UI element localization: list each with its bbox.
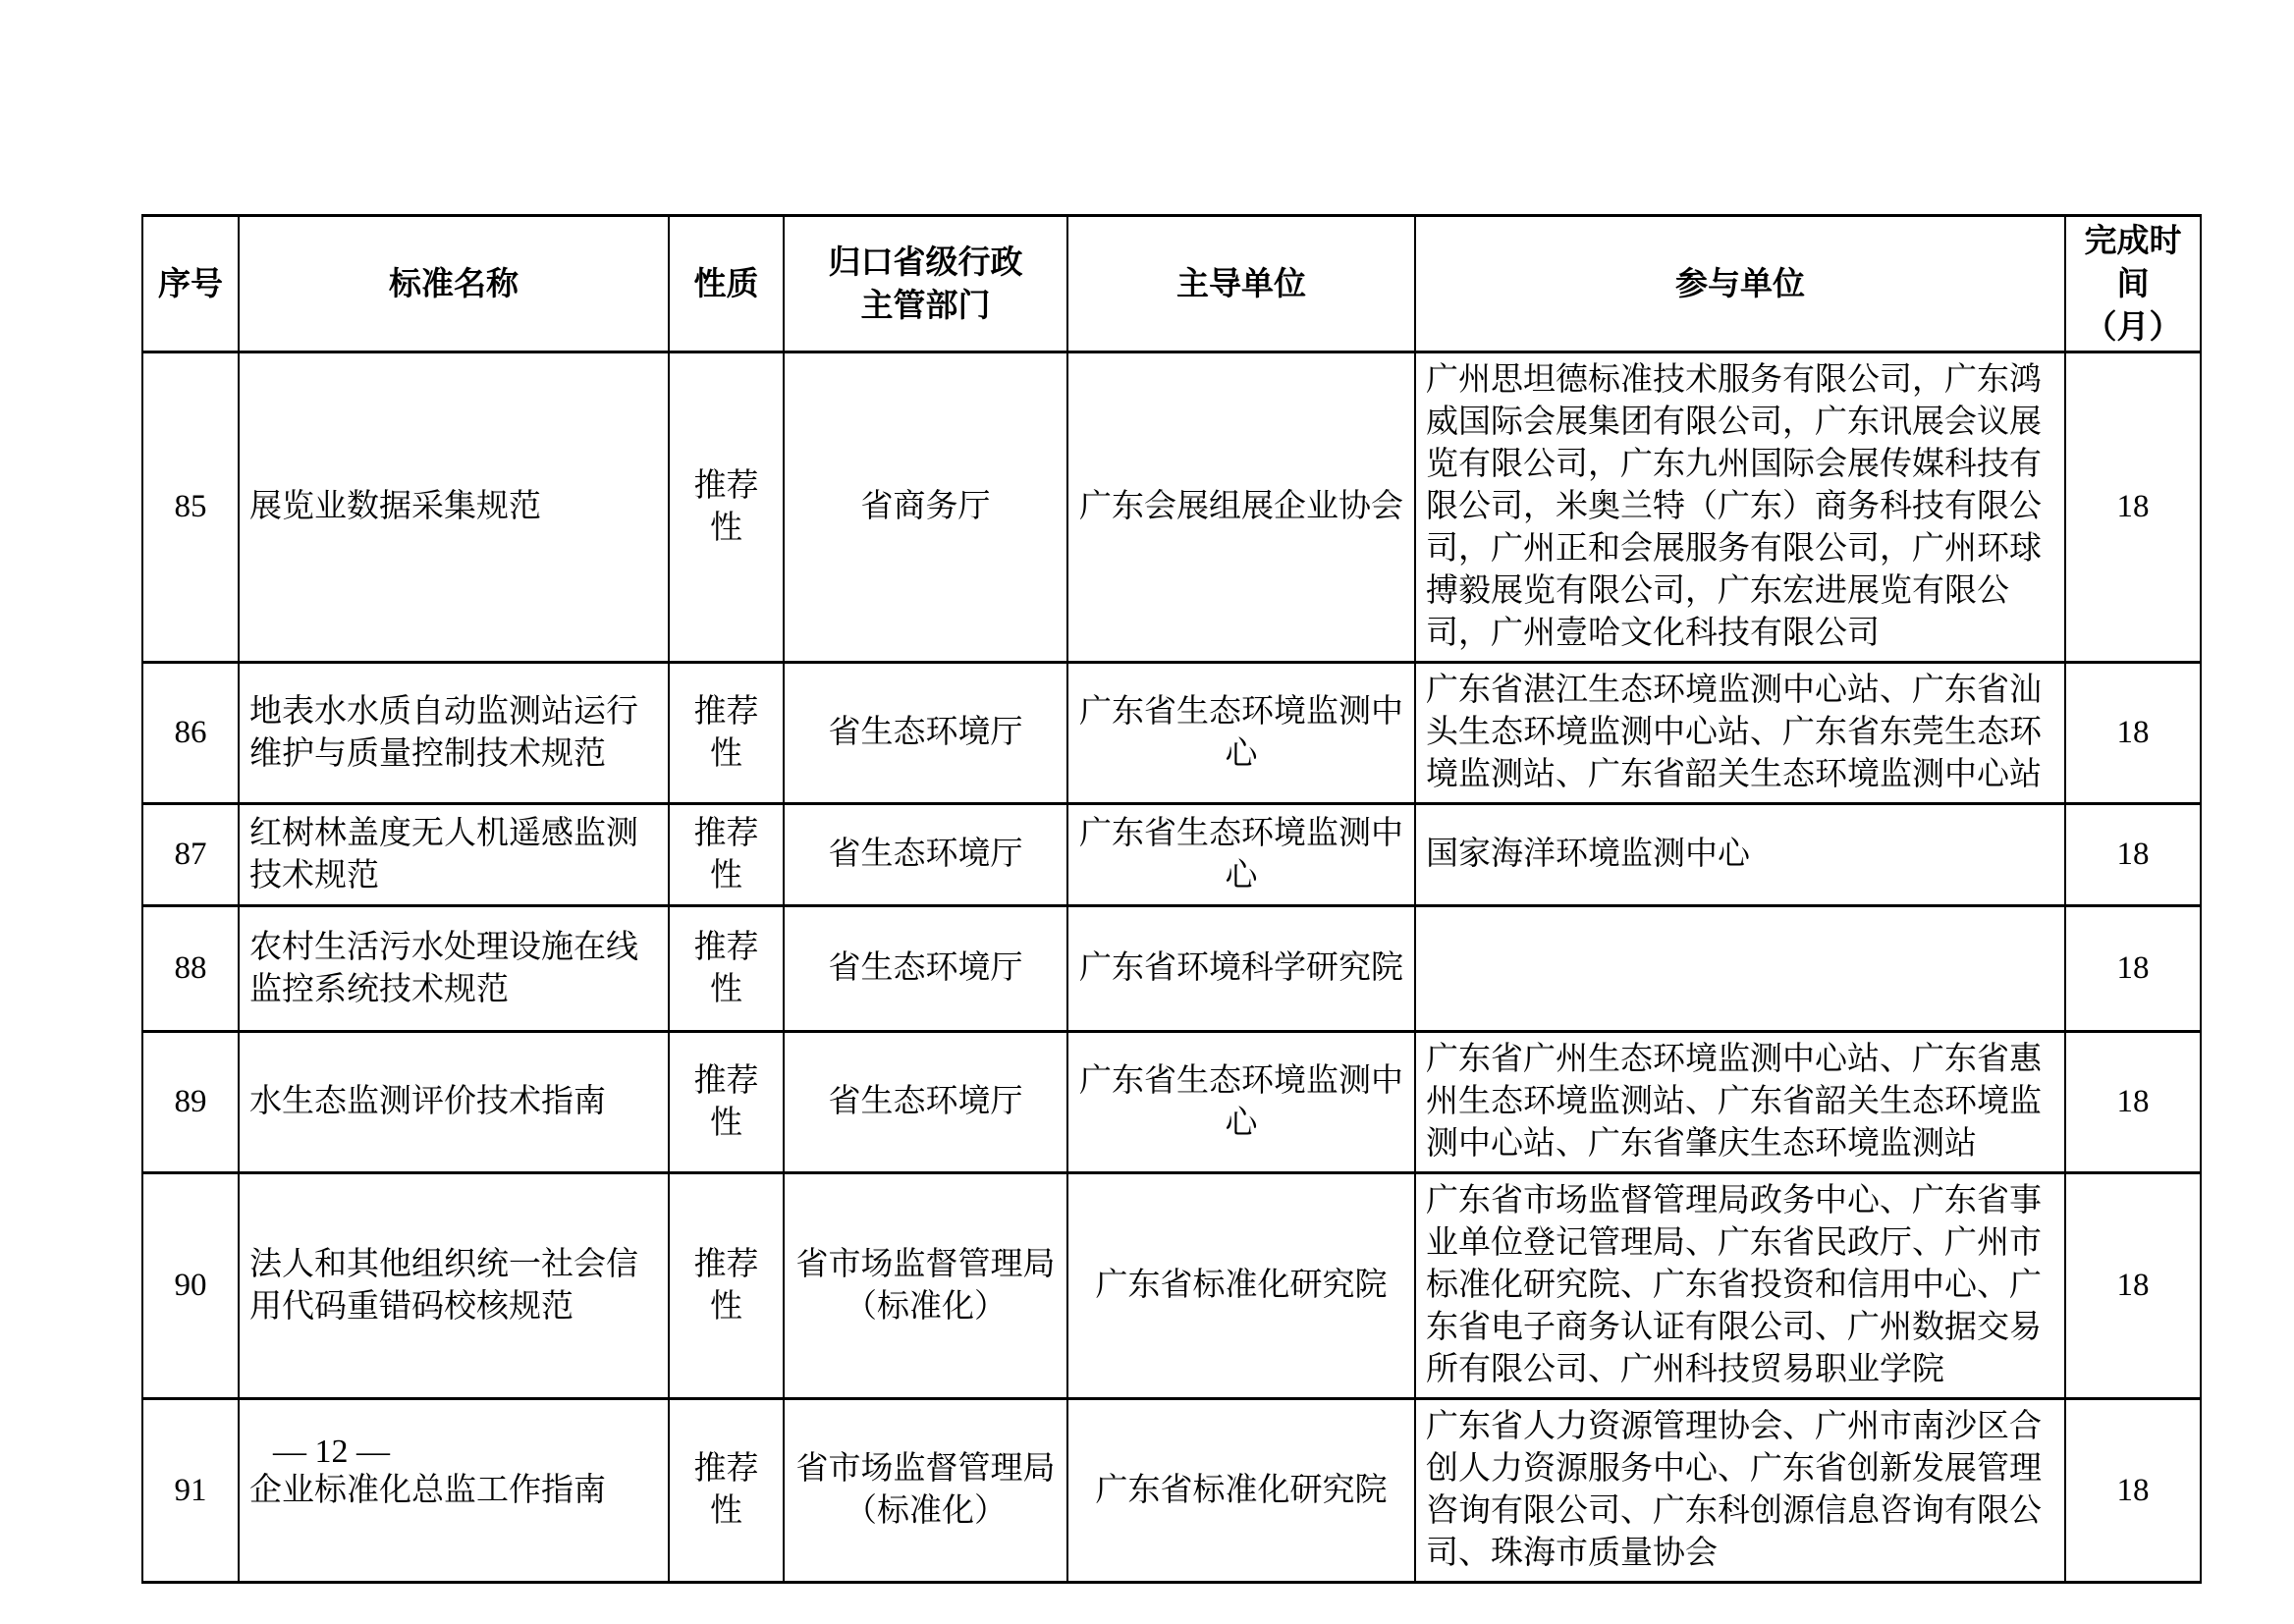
table-row: 85 展览业数据采集规范 推荐性 省商务厅 广东会展组展企业协会 广州思坦德标准… [142,352,2201,663]
cell-completion-months: 18 [2065,1032,2201,1173]
table-row: 86 地表水水质自动监测站运行维护与质量控制技术规范 推荐性 省生态环境厅 广东… [142,663,2201,804]
cell-index: 90 [142,1173,239,1399]
col-header-lead-unit: 主导单位 [1067,216,1415,352]
cell-lead-unit: 广东省生态环境监测中心 [1067,1032,1415,1173]
cell-lead-unit: 广东省生态环境监测中心 [1067,663,1415,804]
table-row: 89 水生态监测评价技术指南 推荐性 省生态环境厅 广东省生态环境监测中心 广东… [142,1032,2201,1173]
cell-nature: 推荐性 [669,804,784,906]
cell-nature: 推荐性 [669,906,784,1032]
table-row: 91 企业标准化总监工作指南 推荐性 省市场监督管理局 （标准化） 广东省标准化… [142,1399,2201,1583]
cell-department: 省生态环境厅 [784,663,1067,804]
cell-participants [1415,906,2065,1032]
cell-lead-unit: 广东省生态环境监测中心 [1067,804,1415,906]
cell-department: 省生态环境厅 [784,804,1067,906]
cell-index: 85 [142,352,239,663]
standards-table: 序号 标准名称 性质 归口省级行政 主管部门 主导单位 参与单位 完成时间 （月… [141,214,2202,1584]
cell-participants: 广州思坦德标准技术服务有限公司，广东鸿威国际会展集团有限公司，广东讯展会议展览有… [1415,352,2065,663]
col-header-participants: 参与单位 [1415,216,2065,352]
cell-nature: 推荐性 [669,1399,784,1583]
cell-nature: 推荐性 [669,1173,784,1399]
cell-participants: 国家海洋环境监测中心 [1415,804,2065,906]
cell-completion-months: 18 [2065,804,2201,906]
cell-nature: 推荐性 [669,352,784,663]
cell-nature: 推荐性 [669,1032,784,1173]
cell-standard-name: 法人和其他组织统一社会信用代码重错码校核规范 [239,1173,669,1399]
cell-standard-name: 农村生活污水处理设施在线监控系统技术规范 [239,906,669,1032]
cell-completion-months: 18 [2065,1399,2201,1583]
cell-index: 91 [142,1399,239,1583]
cell-standard-name: 红树林盖度无人机遥感监测技术规范 [239,804,669,906]
cell-participants: 广东省市场监督管理局政务中心、广东省事业单位登记管理局、广东省民政厅、广州市标准… [1415,1173,2065,1399]
table-row: 88 农村生活污水处理设施在线监控系统技术规范 推荐性 省生态环境厅 广东省环境… [142,906,2201,1032]
cell-nature: 推荐性 [669,663,784,804]
cell-standard-name: 展览业数据采集规范 [239,352,669,663]
cell-index: 88 [142,906,239,1032]
cell-lead-unit: 广东省标准化研究院 [1067,1399,1415,1583]
cell-department: 省市场监督管理局 （标准化） [784,1173,1067,1399]
cell-participants: 广东省湛江生态环境监测中心站、广东省汕头生态环境监测中心站、广东省东莞生态环境监… [1415,663,2065,804]
cell-standard-name: 企业标准化总监工作指南 [239,1399,669,1583]
document-page: 序号 标准名称 性质 归口省级行政 主管部门 主导单位 参与单位 完成时间 （月… [0,0,2294,1624]
cell-completion-months: 18 [2065,663,2201,804]
cell-index: 87 [142,804,239,906]
table-header-row: 序号 标准名称 性质 归口省级行政 主管部门 主导单位 参与单位 完成时间 （月… [142,216,2201,352]
table-row: 90 法人和其他组织统一社会信用代码重错码校核规范 推荐性 省市场监督管理局 （… [142,1173,2201,1399]
cell-lead-unit: 广东省环境科学研究院 [1067,906,1415,1032]
cell-standard-name: 地表水水质自动监测站运行维护与质量控制技术规范 [239,663,669,804]
cell-department: 省生态环境厅 [784,906,1067,1032]
cell-completion-months: 18 [2065,1173,2201,1399]
col-header-standard-name: 标准名称 [239,216,669,352]
cell-standard-name: 水生态监测评价技术指南 [239,1032,669,1173]
cell-department: 省商务厅 [784,352,1067,663]
cell-department: 省生态环境厅 [784,1032,1067,1173]
col-header-index: 序号 [142,216,239,352]
cell-participants: 广东省广州生态环境监测中心站、广东省惠州生态环境监测站、广东省韶关生态环境监测中… [1415,1032,2065,1173]
cell-department: 省市场监督管理局 （标准化） [784,1399,1067,1583]
cell-index: 89 [142,1032,239,1173]
cell-participants: 广东省人力资源管理协会、广州市南沙区合创人力资源服务中心、广东省创新发展管理咨询… [1415,1399,2065,1583]
table-row: 87 红树林盖度无人机遥感监测技术规范 推荐性 省生态环境厅 广东省生态环境监测… [142,804,2201,906]
col-header-completion-months: 完成时间 （月） [2065,216,2201,352]
cell-lead-unit: 广东会展组展企业协会 [1067,352,1415,663]
cell-lead-unit: 广东省标准化研究院 [1067,1173,1415,1399]
cell-index: 86 [142,663,239,804]
col-header-nature: 性质 [669,216,784,352]
cell-completion-months: 18 [2065,352,2201,663]
cell-completion-months: 18 [2065,906,2201,1032]
page-number: — 12 — [273,1434,390,1471]
col-header-department: 归口省级行政 主管部门 [784,216,1067,352]
